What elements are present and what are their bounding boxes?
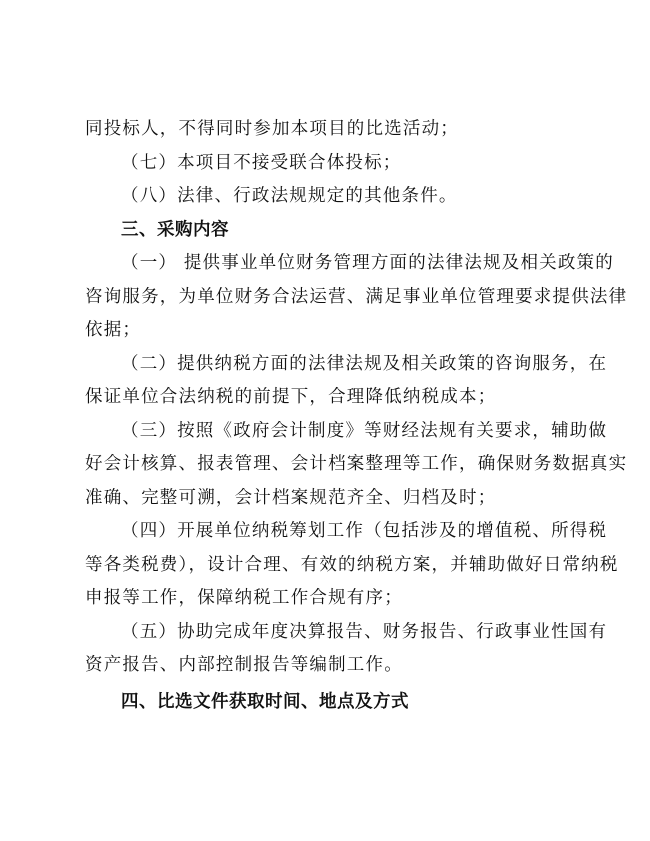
paragraph-line: （二）提供纳税方面的法律法规及相关政策的咨询服务，在	[85, 348, 571, 382]
paragraph-line: （三）按照《政府会计制度》等财经法规有关要求，辅助做	[85, 415, 571, 449]
paragraph-line: 好会计核算、报表管理、会计档案整理等工作，确保财务数据真实	[85, 448, 571, 482]
paragraph-line: 依据；	[85, 314, 571, 348]
paragraph-line: 准确、完整可溯，会计档案规范齐全、归档及时；	[85, 482, 571, 516]
paragraph-item-1: （一） 提供事业单位财务管理方面的法律法规及相关政策的 咨询服务，为单位财务合法…	[85, 247, 571, 348]
section-heading-bid-document-acquisition: 四、比选文件获取时间、地点及方式	[85, 686, 571, 720]
paragraph-item-3: （三）按照《政府会计制度》等财经法规有关要求，辅助做 好会计核算、报表管理、会计…	[85, 415, 571, 516]
paragraph-line: （五）协助完成年度决算报告、财务报告、行政事业性国有	[85, 616, 571, 650]
paragraph-line: 咨询服务，为单位财务合法运营、满足事业单位管理要求提供法律	[85, 281, 571, 315]
paragraph-line: （一） 提供事业单位财务管理方面的法律法规及相关政策的	[85, 247, 571, 281]
paragraph-item-2: （二）提供纳税方面的法律法规及相关政策的咨询服务，在 保证单位合法纳税的前提下，…	[85, 348, 571, 415]
paragraph-line: 申报等工作，保障纳税工作合规有序；	[85, 582, 571, 616]
paragraph-line: （四）开展单位纳税筹划工作（包括涉及的增值税、所得税	[85, 515, 571, 549]
paragraph-item-4: （四）开展单位纳税筹划工作（包括涉及的增值税、所得税 等各类税费），设计合理、有…	[85, 515, 571, 616]
paragraph-line: 等各类税费），设计合理、有效的纳税方案，并辅助做好日常纳税	[85, 549, 571, 583]
paragraph-item-7: （七）本项目不接受联合体投标；	[85, 147, 571, 181]
paragraph-item-8: （八）法律、行政法规规定的其他条件。	[85, 180, 571, 214]
paragraph-item-5: （五）协助完成年度决算报告、财务报告、行政事业性国有 资产报告、内部控制报告等编…	[85, 616, 571, 683]
paragraph-line: 同投标人，不得同时参加本项目的比选活动；	[85, 113, 571, 147]
paragraph-line: 资产报告、内部控制报告等编制工作。	[85, 649, 571, 683]
document-page: 同投标人，不得同时参加本项目的比选活动； （七）本项目不接受联合体投标； （八）…	[85, 113, 571, 719]
section-heading-procurement-content: 三、采购内容	[85, 214, 571, 248]
paragraph-line: 保证单位合法纳税的前提下，合理降低纳税成本；	[85, 381, 571, 415]
